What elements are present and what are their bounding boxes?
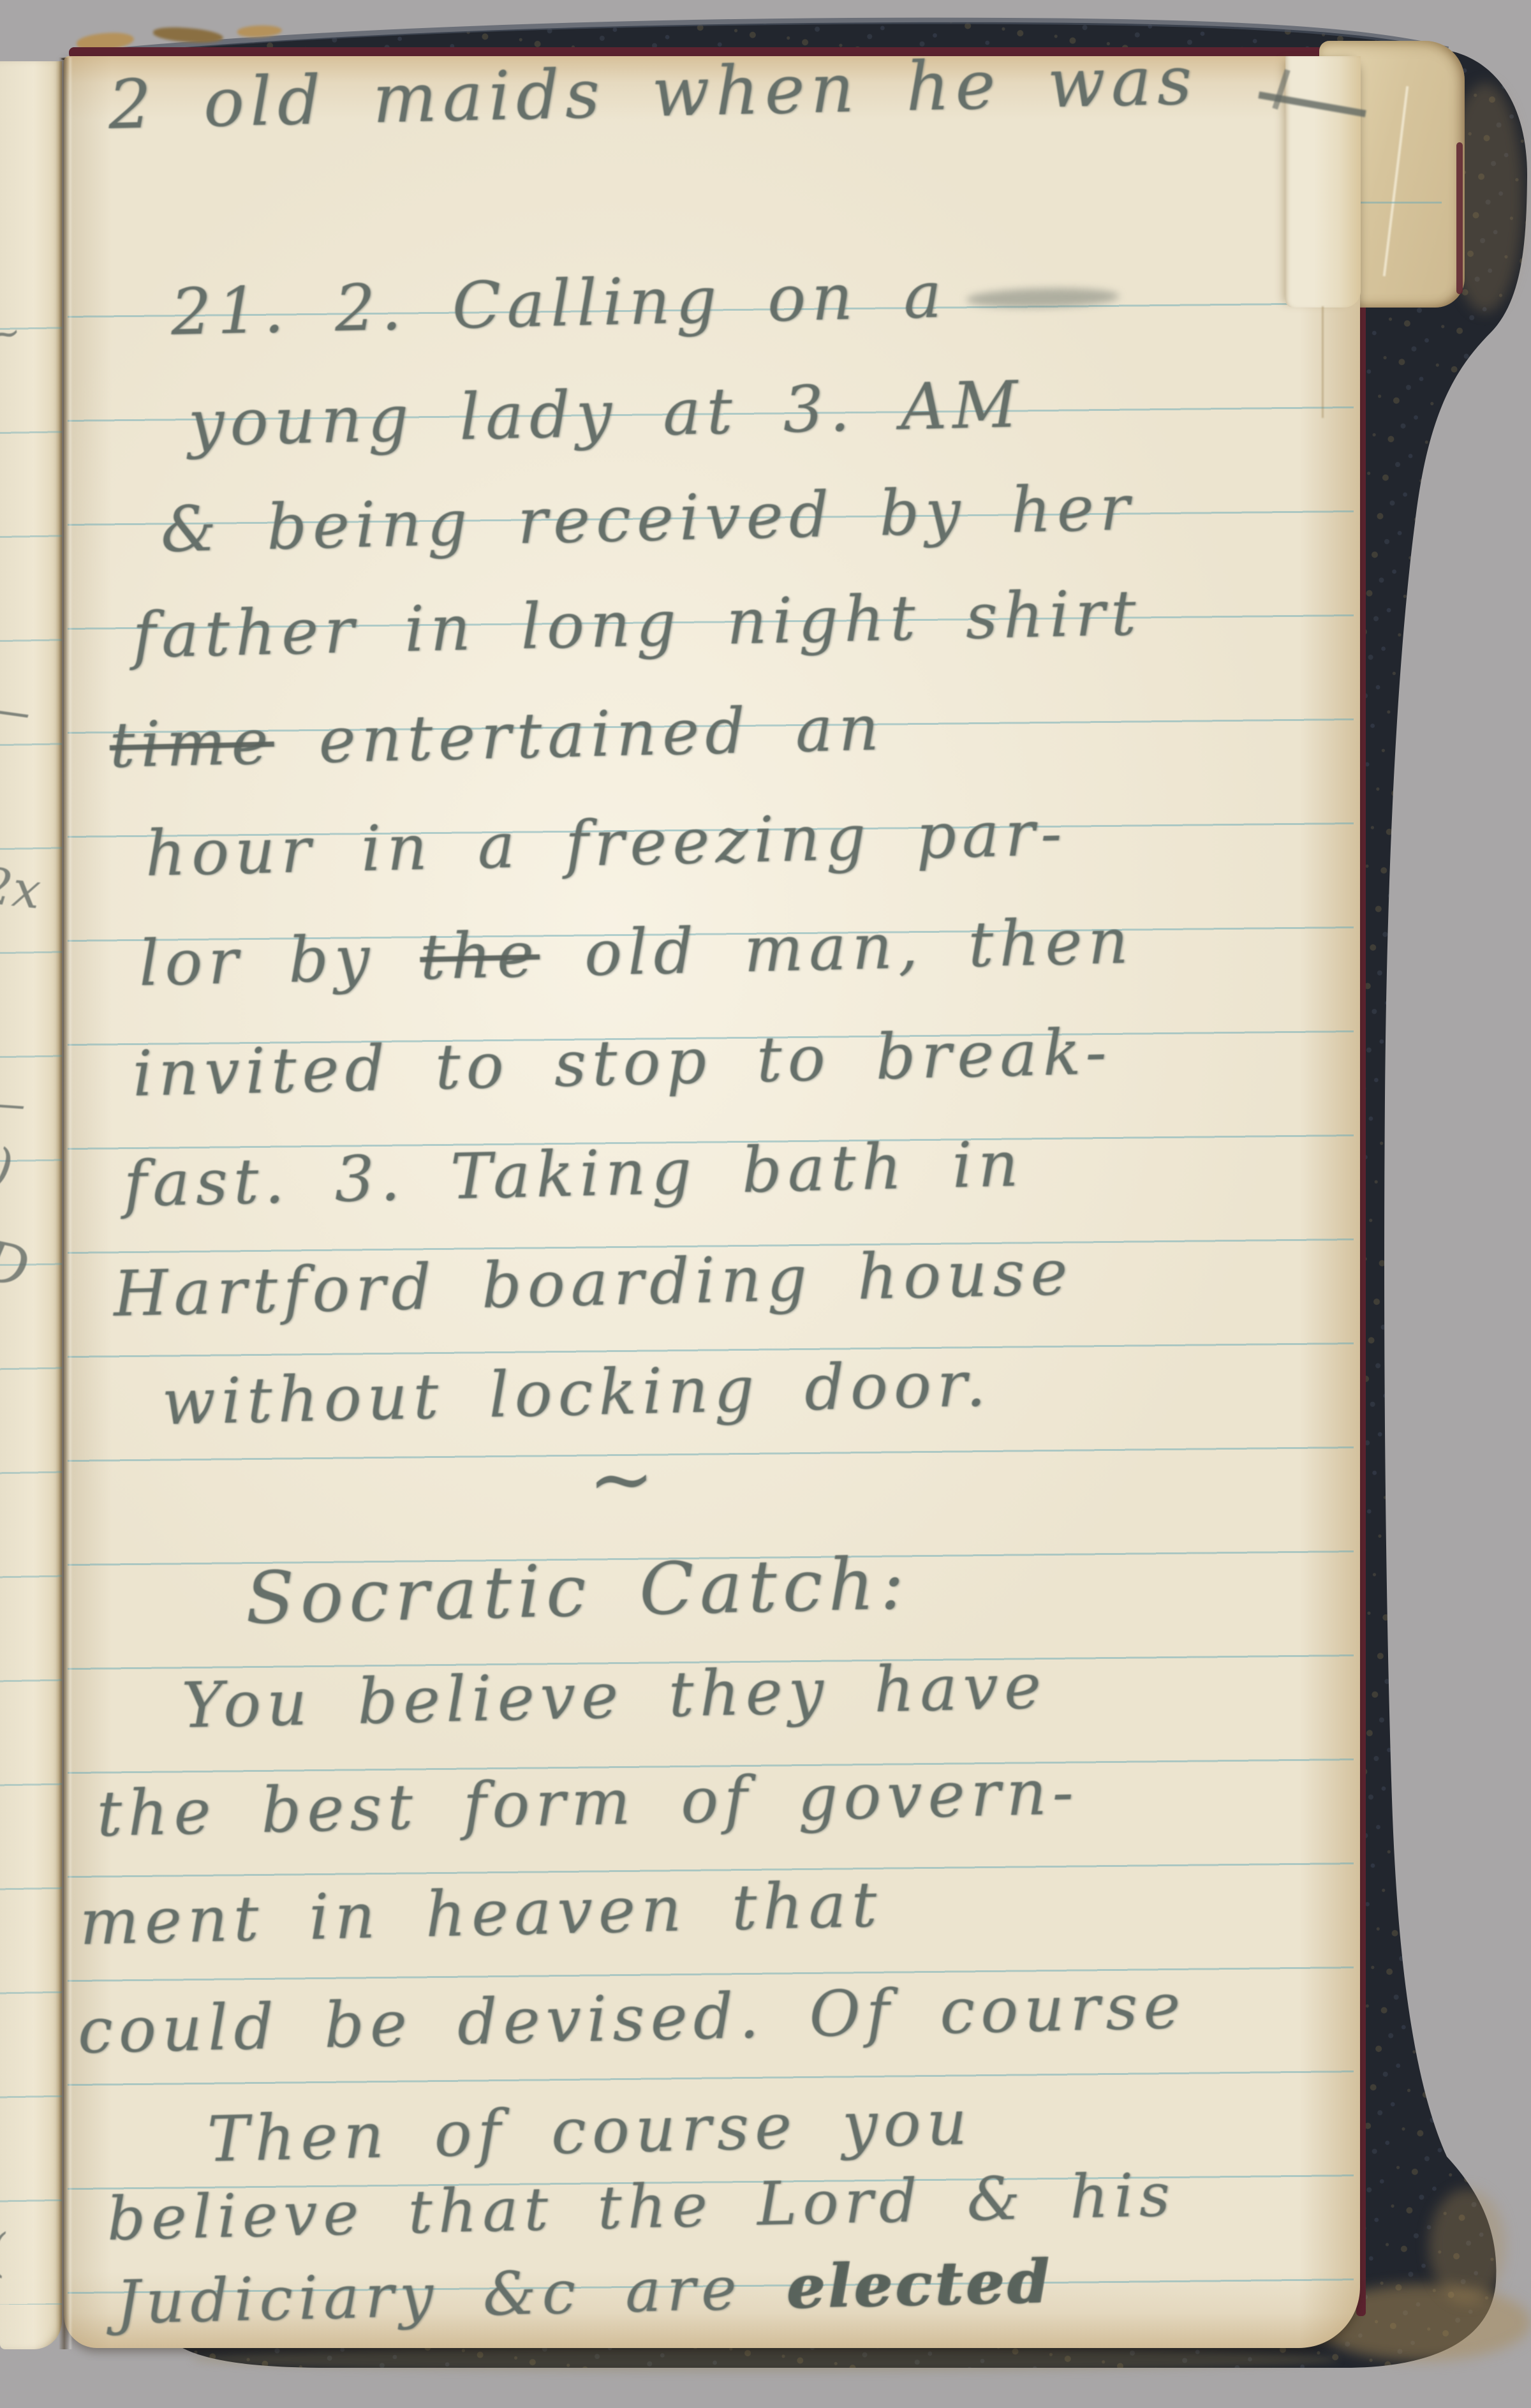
cover-wear-bottom-corner — [1429, 2189, 1505, 2303]
page-fold-strip — [1285, 56, 1361, 308]
main-page — [64, 56, 1360, 2348]
ruled-lines — [68, 214, 1354, 2325]
pencil-fragment: — — [0, 1082, 27, 1126]
gutter-shadow — [59, 57, 73, 2349]
under-page-crease — [1383, 86, 1409, 276]
previous-page-sliver: ~—2x—)D( — [0, 61, 62, 2349]
cover-wear-bottom-strip — [191, 2347, 1340, 2372]
under-page-edge-stain — [1456, 142, 1463, 294]
notebook-scan: ~—2x—)D( 2 old maids when he was21. 2. C… — [0, 0, 1531, 2408]
page-crease-line — [1322, 306, 1324, 418]
pencil-fragment: 2x — [0, 861, 43, 916]
